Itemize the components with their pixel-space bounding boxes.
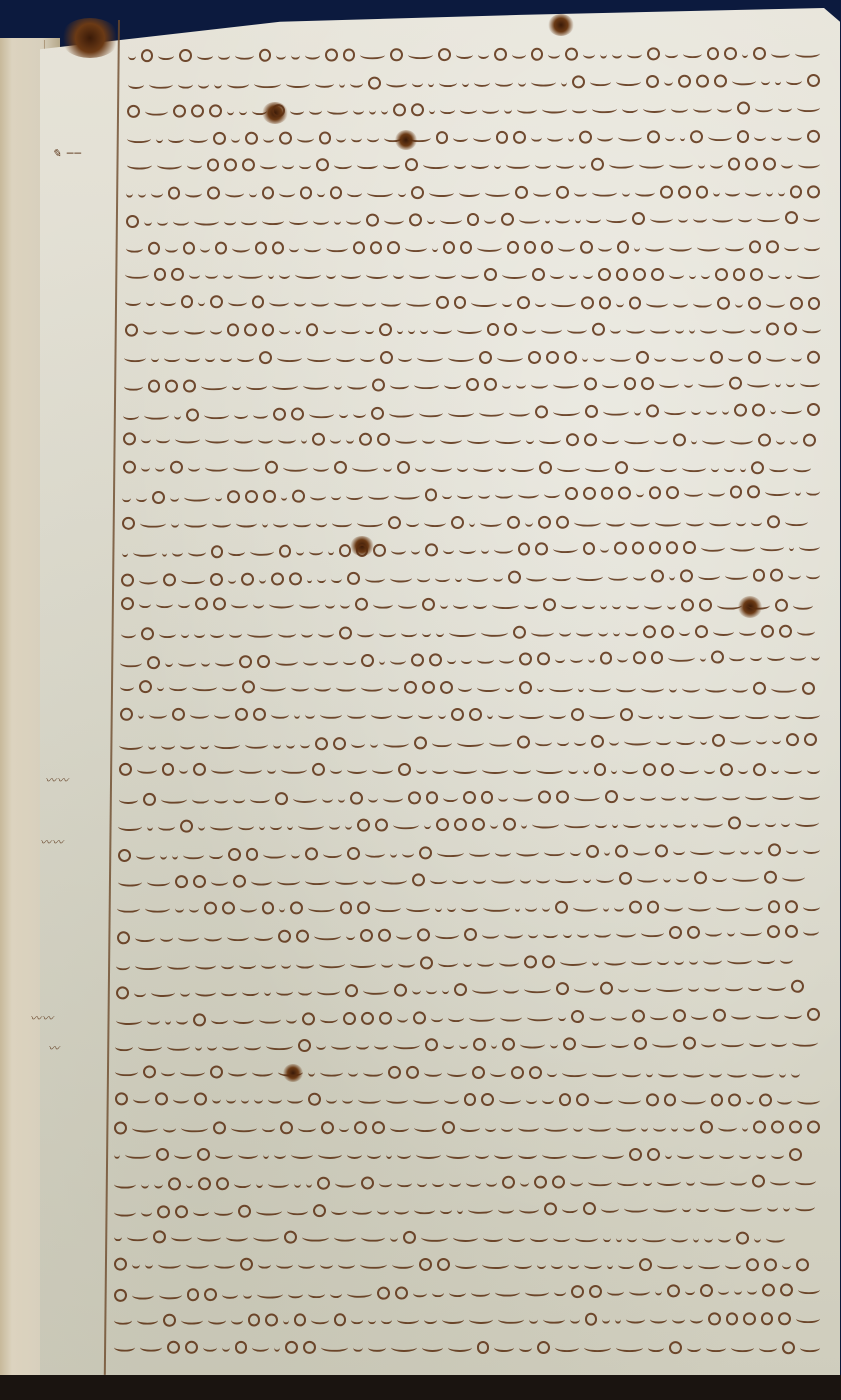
handwritten-line (121, 624, 820, 639)
background-bottom (0, 1375, 841, 1400)
handwritten-line (119, 763, 820, 775)
handwritten-line (128, 73, 820, 89)
handwritten-line (114, 1258, 820, 1271)
handwritten-line (114, 1230, 820, 1243)
handwritten-line (124, 376, 820, 392)
handwritten-line (122, 515, 820, 529)
margin-note: ✎ ── (52, 147, 82, 160)
handwritten-line (114, 1283, 820, 1301)
handwritten-line (120, 680, 820, 694)
handwritten-line (126, 185, 820, 198)
handwritten-line (119, 732, 820, 750)
margin-note: 〰 (48, 1040, 60, 1056)
handwritten-line (126, 240, 820, 254)
handwritten-line (119, 788, 820, 804)
handwritten-line (126, 211, 820, 227)
handwritten-body (0, 0, 841, 1400)
handwritten-line (120, 708, 820, 720)
handwritten-line (114, 1148, 820, 1160)
handwritten-line (114, 1200, 820, 1218)
handwritten-line (128, 47, 820, 62)
handwritten-line (122, 540, 820, 558)
handwritten-line (114, 1340, 820, 1353)
margin-note: 〰〰 (40, 834, 64, 850)
margin-note: 〰〰 (30, 1010, 54, 1026)
handwritten-line (117, 900, 820, 914)
handwritten-line (121, 597, 820, 611)
handwritten-line (115, 1092, 820, 1105)
handwritten-line (125, 295, 820, 309)
handwritten-line (121, 568, 820, 585)
handwritten-line (124, 322, 820, 335)
handwritten-line (118, 842, 820, 860)
handwritten-line (123, 432, 820, 445)
handwritten-line (117, 925, 820, 944)
handwritten-line (120, 650, 820, 669)
handwritten-line (114, 1174, 820, 1189)
handwritten-line (127, 157, 820, 170)
handwritten-line (114, 1120, 820, 1133)
margin-note: 〰〰 (45, 772, 69, 788)
handwritten-line (116, 1007, 820, 1025)
handwritten-line (117, 870, 820, 887)
manuscript-photo: ✎ ── 〰〰 〰〰 〰〰 〰 Photograph of a handwrit… (0, 0, 841, 1400)
handwritten-line (116, 952, 820, 971)
handwritten-line (123, 460, 820, 473)
handwritten-line (123, 402, 820, 420)
handwritten-line (115, 1065, 820, 1079)
handwritten-line (122, 485, 820, 504)
handwritten-line (115, 1036, 820, 1053)
handwritten-line (125, 268, 820, 280)
handwritten-line (124, 350, 820, 362)
handwritten-line (118, 816, 820, 832)
handwritten-line (116, 980, 820, 999)
handwritten-line (127, 101, 820, 117)
handwritten-line (127, 129, 820, 143)
handwritten-line (114, 1312, 820, 1326)
